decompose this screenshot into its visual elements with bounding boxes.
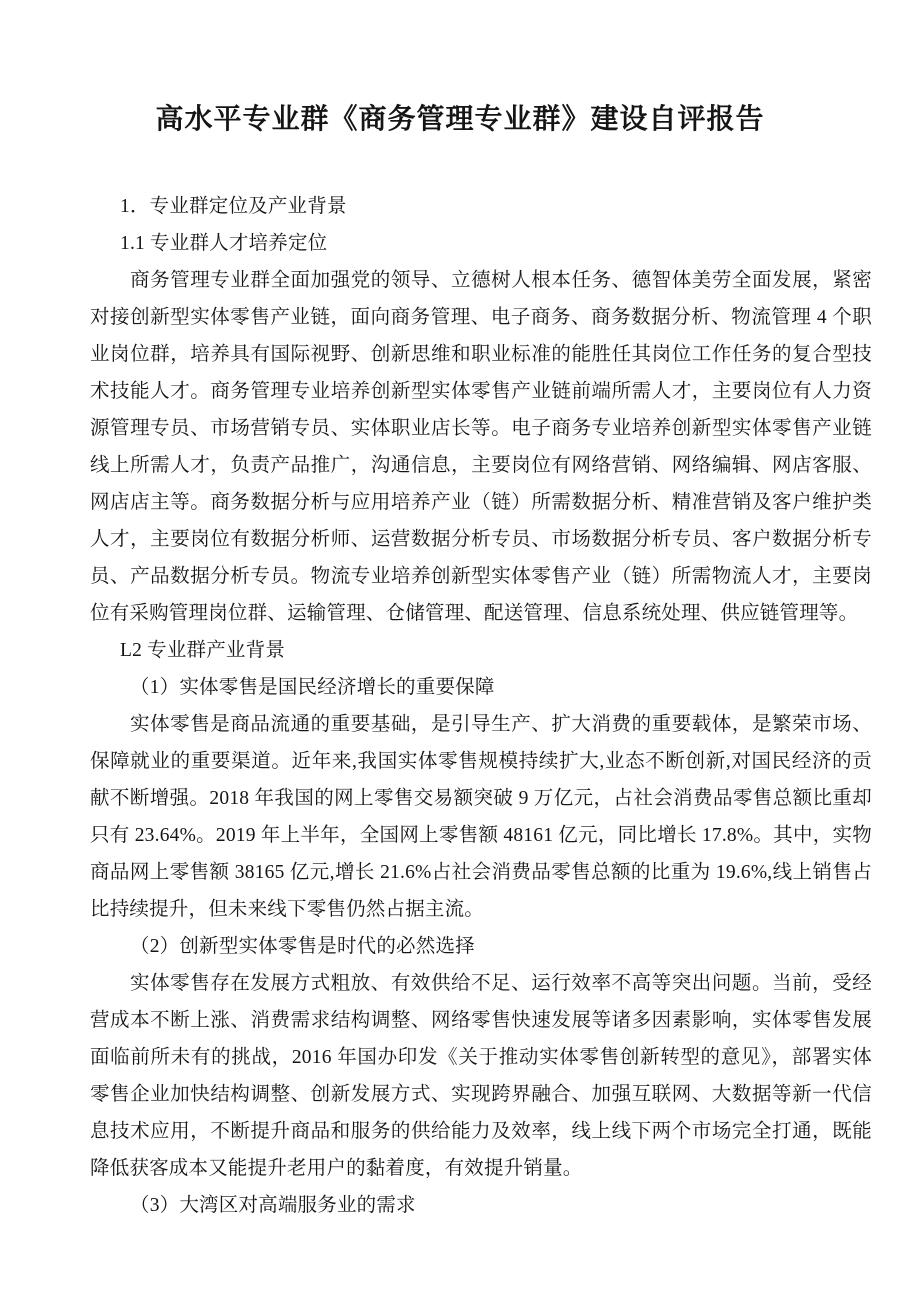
heading-section-1: 1．专业群定位及产业背景 bbox=[90, 188, 872, 225]
item-heading-1: （1）实体零售是国民经济增长的重要保障 bbox=[90, 669, 872, 706]
paragraph-retail-economic-growth: 实体零售是商品流通的重要基础，是引导生产、扩大消费的重要载体，是繁荣市场、保障就… bbox=[90, 706, 872, 928]
heading-section-1-2: L2 专业群产业背景 bbox=[90, 632, 872, 669]
document-page: 高水平专业群《商务管理专业群》建设自评报告 1．专业群定位及产业背景 1.1 专… bbox=[0, 0, 920, 1301]
item-heading-3: （3）大湾区对高端服务业的需求 bbox=[90, 1187, 872, 1224]
heading-section-1-1: 1.1 专业群人才培养定位 bbox=[90, 225, 872, 262]
paragraph-innovative-retail: 实体零售存在发展方式粗放、有效供给不足、运行效率不高等突出问题。当前，受经营成本… bbox=[90, 965, 872, 1187]
doc-title: 高水平专业群《商务管理专业群》建设自评报告 bbox=[0, 100, 920, 140]
item-heading-2: （2）创新型实体零售是时代的必然选择 bbox=[90, 928, 872, 965]
paragraph-talent-positioning: 商务管理专业群全面加强党的领导、立德树人根本任务、德智体美劳全面发展，紧密对接创… bbox=[90, 262, 872, 632]
